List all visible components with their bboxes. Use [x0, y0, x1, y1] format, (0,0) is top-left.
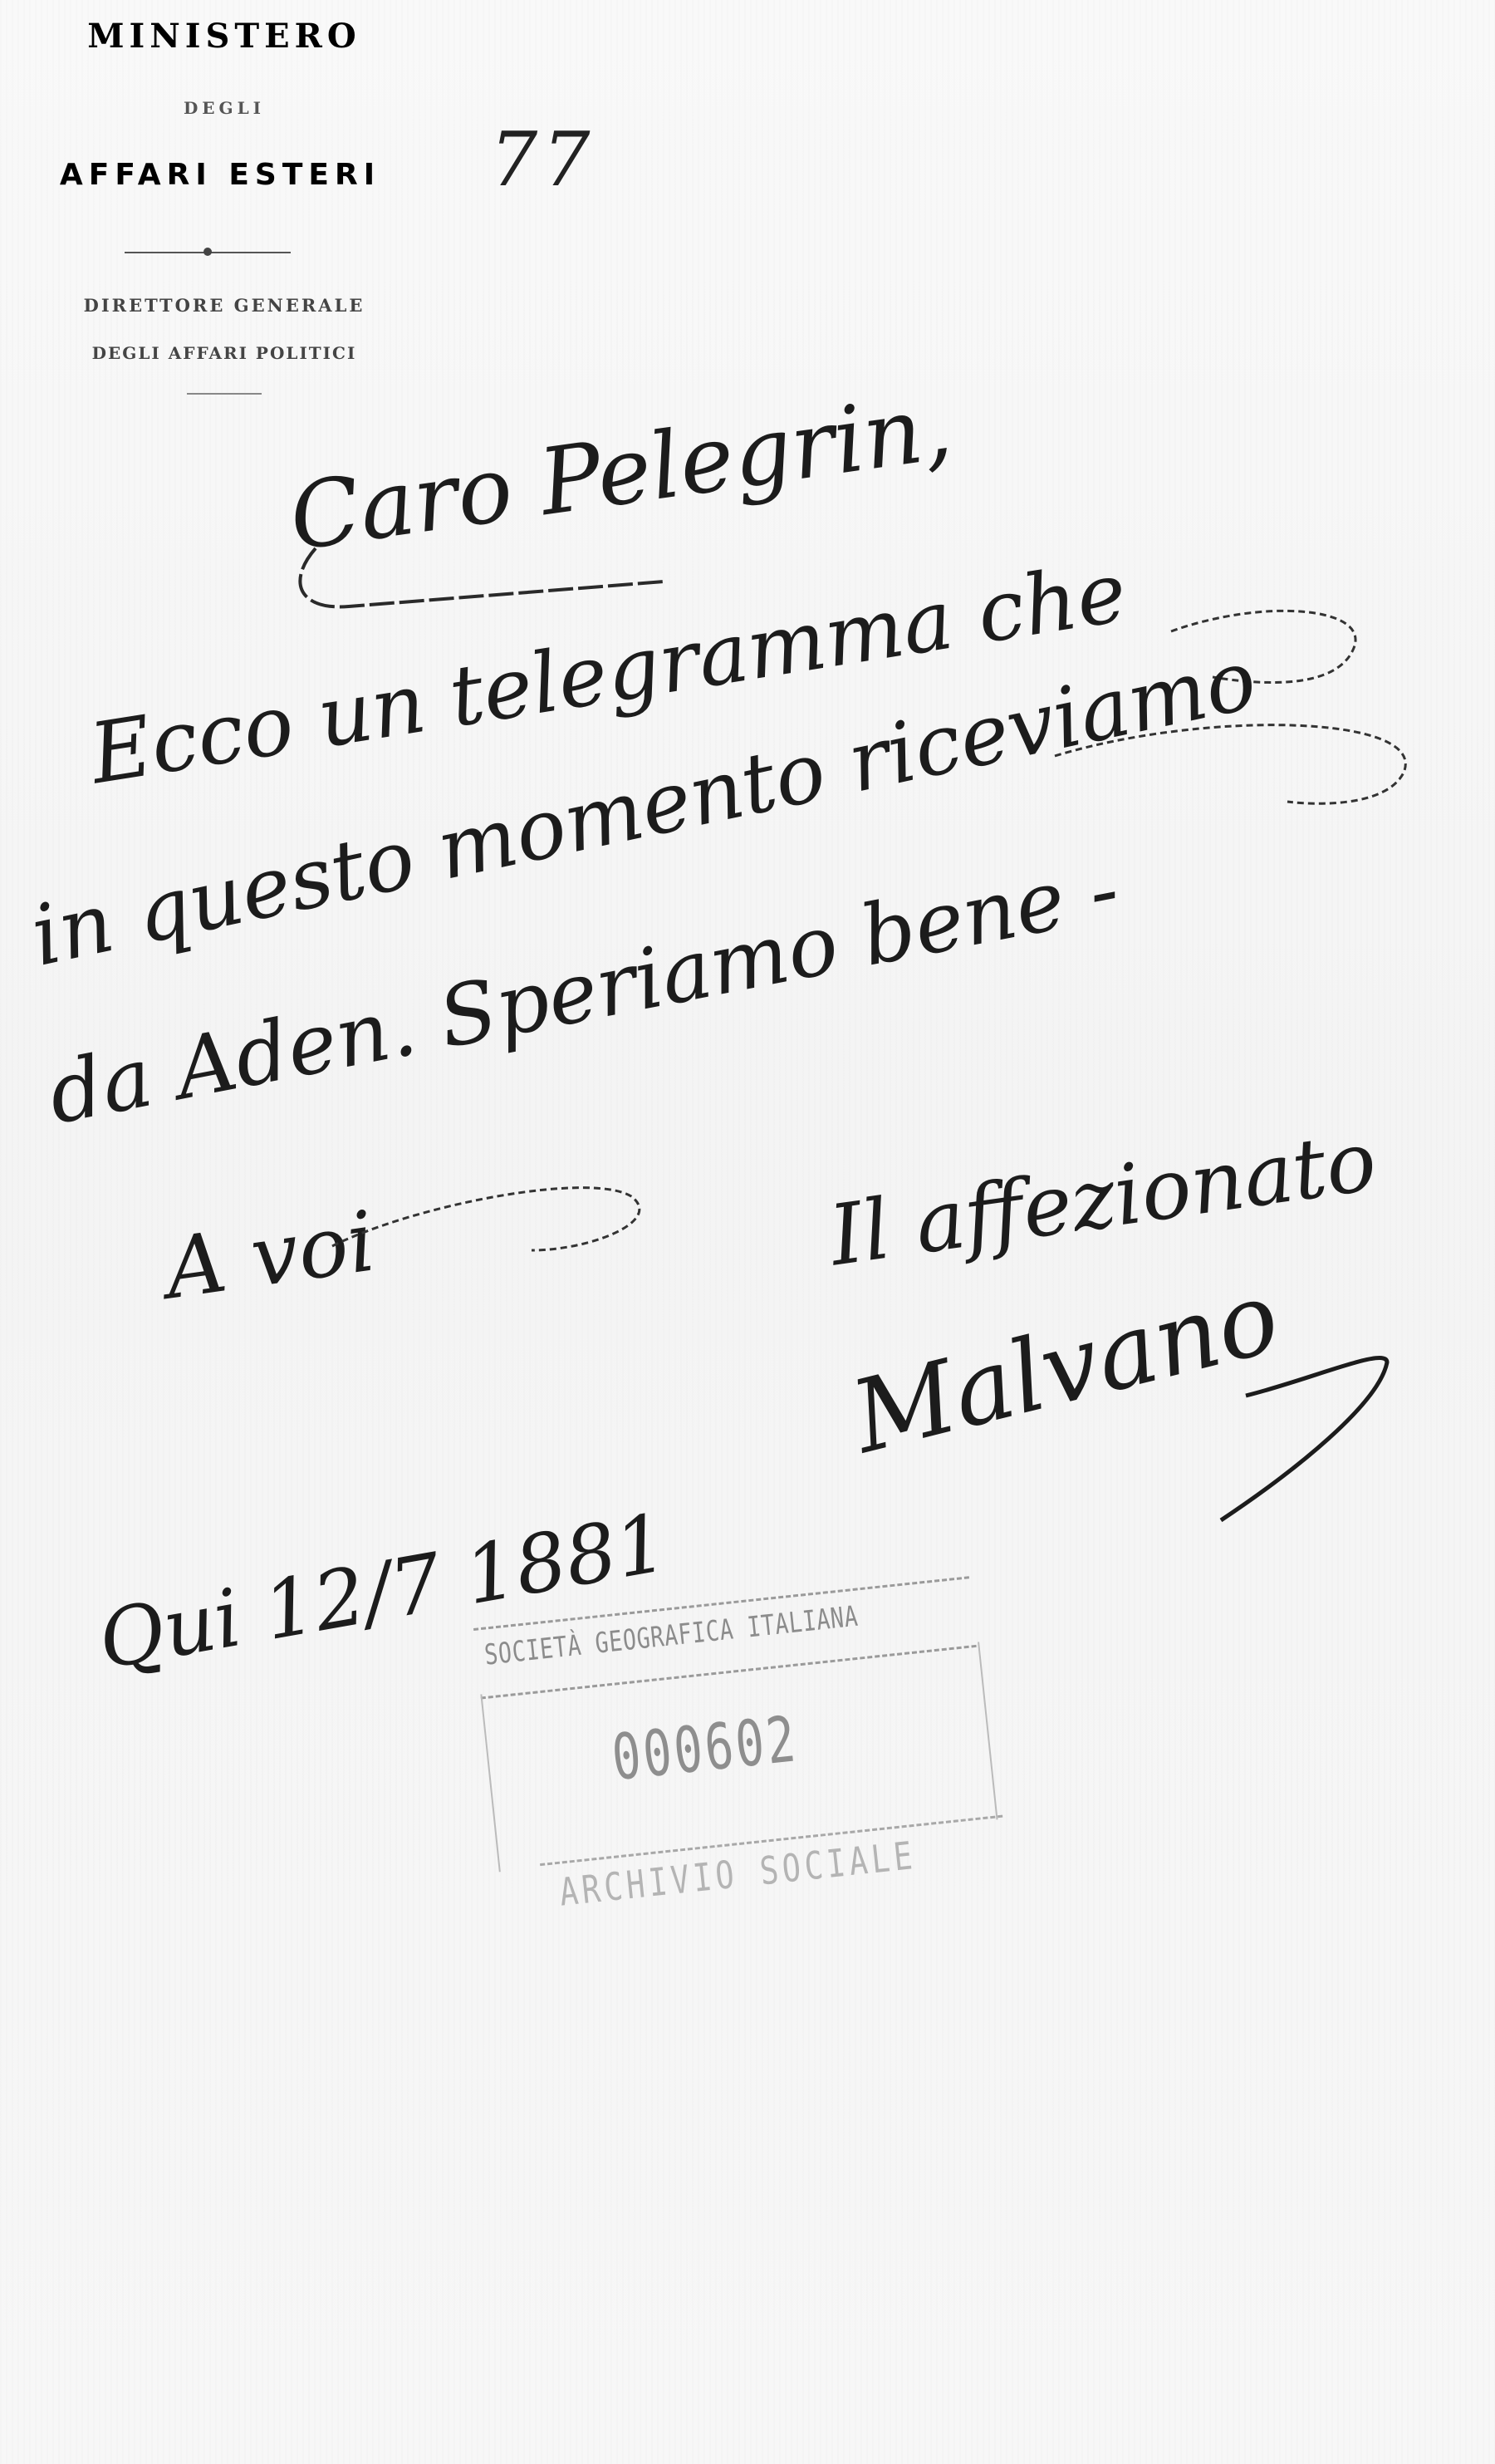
letterhead-affari-politici: DEGLI AFFARI POLITICI [50, 343, 399, 363]
page-number: 77 [490, 116, 596, 204]
letterhead-affari-esteri: AFFARI ESTERI [17, 158, 424, 192]
signature-flourish [1196, 1329, 1412, 1529]
letterhead-ministero: MINISTERO [58, 17, 390, 56]
letterhead-divider-small [187, 393, 262, 395]
closing-flourish [316, 1171, 664, 1271]
line2-flourish [1038, 714, 1429, 831]
letterhead-direttore: DIRETTORE GENERALE [25, 295, 424, 316]
salutation-flourish [282, 532, 681, 623]
letterhead-divider-dot [203, 248, 212, 256]
letterhead-degli: DEGLI [141, 98, 307, 118]
archive-stamp: SOCIETÀ GEOGRAFICA ITALIANA 000602 ARCHI… [473, 1574, 1018, 1942]
